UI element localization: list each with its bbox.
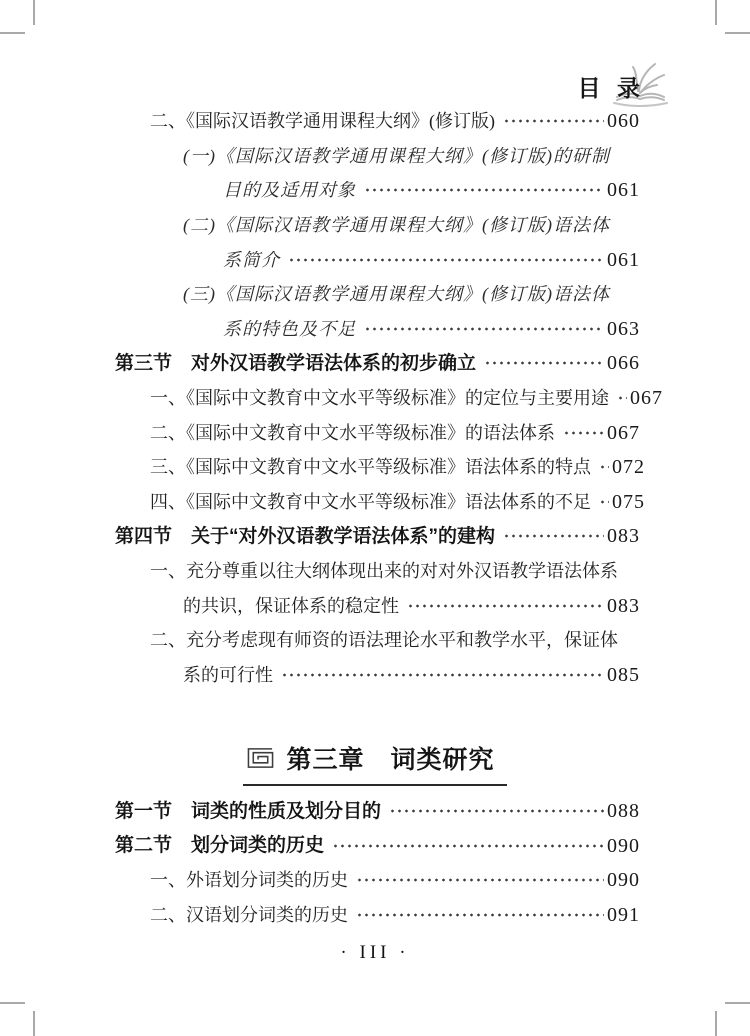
dot-leader (561, 424, 604, 442)
toc-entry-text: 系的特色及不足 (223, 320, 356, 338)
crop-mark-top-right-vertical (715, 0, 717, 25)
toc-entry-text: (二)《国际汉语教学通用课程大纲》(修订版)语法体 (183, 216, 610, 234)
toc-entry: 系简介061 (0, 242, 750, 277)
toc-entry-text: 四、《国际中文教育中文水平等级标准》语法体系的不足 (150, 493, 591, 511)
toc-entry: 二、充分考虑现有师资的语法理论水平和教学水平，保证体 (0, 623, 750, 658)
crop-mark-top-right-horizontal (725, 32, 750, 34)
toc-entry-text: 二、充分考虑现有师资的语法理论水平和教学水平，保证体 (150, 631, 618, 649)
toc-page-number: 091 (607, 905, 640, 925)
toc-page-number: 072 (612, 457, 645, 477)
crop-mark-top-left-horizontal (0, 32, 25, 34)
toc-entry: 二、《国际中文教育中文水平等级标准》的语法体系067 (0, 415, 750, 450)
toc-page-number: 066 (607, 353, 640, 373)
toc-entry: (二)《国际汉语教学通用课程大纲》(修订版)语法体 (0, 208, 750, 243)
dot-leader (405, 597, 604, 615)
toc-page: 目 录 二、《国际汉语教学通用课程大纲》(修订版)060(一)《国际汉语教学通用… (0, 0, 750, 1036)
toc-page-number: 088 (607, 801, 640, 821)
dot-leader (615, 389, 627, 407)
page-number-footer: · III · (0, 942, 750, 964)
dot-leader (597, 458, 609, 476)
toc-page-number: 063 (607, 319, 640, 339)
toc-entry-text: 第三节 对外汉语教学语法体系的初步确立 (115, 354, 476, 373)
toc-entry-text: 第二节 划分词类的历史 (115, 836, 324, 855)
toc-entry-text: 二、汉语划分词类的历史 (150, 906, 348, 924)
chapter-heading-block: 第三章 词类研究 (0, 740, 750, 786)
dot-leader (362, 320, 604, 338)
crop-mark-bottom-left-vertical (33, 1011, 35, 1036)
dot-leader (354, 906, 604, 924)
toc-page-number: 067 (630, 388, 663, 408)
toc-entry-text: 一、充分尊重以往大纲体现出来的对对外汉语教学语法体系 (150, 562, 618, 580)
toc-entry-text: 二、《国际中文教育中文水平等级标准》的语法体系 (150, 424, 555, 442)
toc-entry: 一、充分尊重以往大纲体现出来的对对外汉语教学语法体系 (0, 554, 750, 589)
toc-entry: 第四节 关于“对外汉语教学语法体系”的建构083 (0, 519, 750, 554)
toc-entry: 一、外语划分词类的历史090 (0, 863, 750, 898)
toc-entry-text: 三、《国际中文教育中文水平等级标准》语法体系的特点 (150, 458, 591, 476)
toc-entry-text: 二、《国际汉语教学通用课程大纲》(修订版) (150, 112, 495, 130)
toc-page-number: 061 (607, 180, 640, 200)
dot-leader (286, 251, 604, 269)
dot-leader (501, 112, 604, 130)
page-header-title: 目 录 (578, 70, 642, 103)
toc-entry-text: 系简介 (223, 251, 280, 269)
toc-page-number: 083 (607, 526, 640, 546)
dot-leader (387, 802, 604, 820)
crop-mark-bottom-right-horizontal (725, 1002, 750, 1004)
spiral-square-icon (247, 747, 274, 769)
crop-mark-bottom-left-horizontal (0, 1002, 25, 1004)
toc-entry-text: 一、外语划分词类的历史 (150, 871, 348, 889)
chapter-title: 第三章 词类研究 (286, 740, 494, 776)
toc-page-number: 090 (607, 870, 640, 890)
toc-entry: 第三节 对外汉语教学语法体系的初步确立066 (0, 346, 750, 381)
dot-leader (597, 493, 609, 511)
dot-leader (330, 837, 604, 855)
dot-leader (279, 666, 604, 684)
toc-entry: 三、《国际中文教育中文水平等级标准》语法体系的特点072 (0, 450, 750, 485)
toc-entry-text: 第四节 关于“对外汉语教学语法体系”的建构 (115, 527, 495, 546)
toc-page-number: 061 (607, 250, 640, 270)
toc-page-number: 083 (607, 596, 640, 616)
toc-entry-text: 一、《国际中文教育中文水平等级标准》的定位与主要用途 (150, 389, 609, 407)
toc-entry-text: 第一节 词类的性质及划分目的 (115, 802, 381, 821)
toc-list-part1: 二、《国际汉语教学通用课程大纲》(修订版)060(一)《国际汉语教学通用课程大纲… (0, 104, 750, 692)
toc-entry: (三)《国际汉语教学通用课程大纲》(修订版)语法体 (0, 277, 750, 312)
toc-list-part2: 第一节 词类的性质及划分目的088第二节 划分词类的历史090一、外语划分词类的… (0, 794, 750, 932)
toc-entry: 一、《国际中文教育中文水平等级标准》的定位与主要用途067 (0, 381, 750, 416)
toc-entry: 第二节 划分词类的历史090 (0, 829, 750, 864)
toc-entry-text: (三)《国际汉语教学通用课程大纲》(修订版)语法体 (183, 285, 610, 303)
crop-mark-bottom-right-vertical (715, 1011, 717, 1036)
toc-page-number: 060 (607, 111, 640, 131)
crop-mark-top-left-vertical (33, 0, 35, 25)
toc-entry-text: 系的可行性 (183, 666, 273, 684)
toc-entry: 系的特色及不足063 (0, 312, 750, 347)
chapter-heading-underline: 第三章 词类研究 (243, 740, 506, 786)
toc-entry: 的共识，保证体系的稳定性083 (0, 588, 750, 623)
toc-entry: (一)《国际汉语教学通用课程大纲》(修订版)的研制 (0, 139, 750, 174)
toc-page-number: 085 (607, 665, 640, 685)
toc-entry-text: 目的及适用对象 (223, 181, 356, 199)
dot-leader (362, 181, 604, 199)
toc-entry: 系的可行性085 (0, 658, 750, 693)
dot-leader (482, 354, 604, 372)
toc-page-number: 067 (607, 423, 640, 443)
toc-page-number: 090 (607, 836, 640, 856)
toc-entry-text: (一)《国际汉语教学通用课程大纲》(修订版)的研制 (183, 147, 610, 165)
toc-entry-text: 的共识，保证体系的稳定性 (183, 597, 399, 615)
toc-page-number: 075 (612, 492, 645, 512)
toc-entry: 四、《国际中文教育中文水平等级标准》语法体系的不足075 (0, 485, 750, 520)
toc-entry: 目的及适用对象061 (0, 173, 750, 208)
toc-entry: 二、汉语划分词类的历史091 (0, 898, 750, 933)
dot-leader (354, 871, 604, 889)
toc-entry: 第一节 词类的性质及划分目的088 (0, 794, 750, 829)
dot-leader (501, 527, 604, 545)
